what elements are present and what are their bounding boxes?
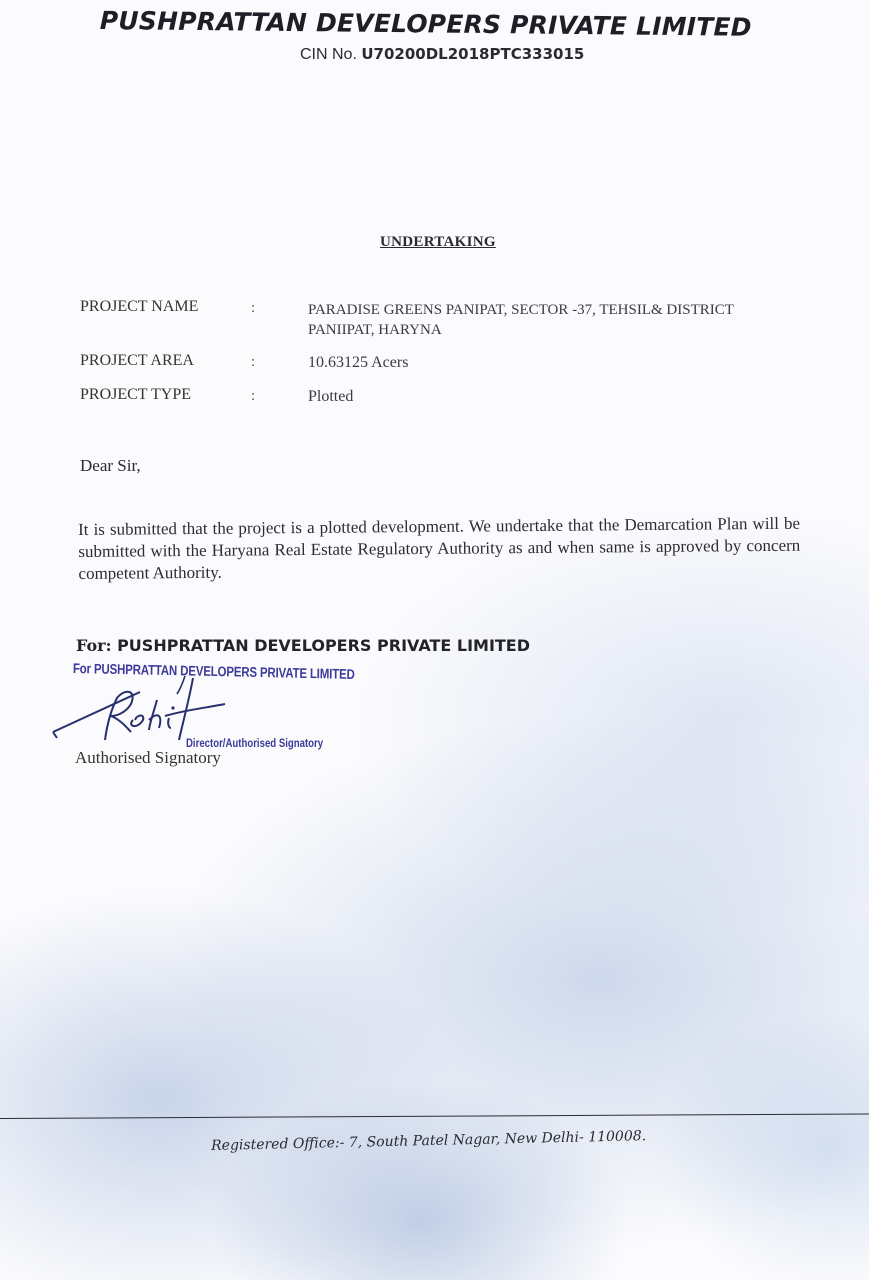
field-separator: :: [251, 388, 255, 405]
field-label-project-name: PROJECT NAME: [80, 298, 198, 316]
authorised-signatory-label: Authorised Signatory: [75, 748, 221, 768]
field-value-project-name-line1: PARADISE GREENS PANIPAT, SECTOR -37, TEH…: [308, 302, 734, 319]
for-prefix: For:: [76, 636, 112, 655]
registered-office: Registered Office:- 7, South Patel Nagar…: [211, 1128, 646, 1154]
field-label-project-area: PROJECT AREA: [80, 352, 194, 370]
field-value-project-type: Plotted: [308, 388, 353, 406]
cin-line: CIN No. U70200DL2018PTC333015: [300, 45, 584, 64]
document-title: UNDERTAKING: [380, 234, 496, 251]
for-company-line: For: PUSHPRATTAN DEVELOPERS PRIVATE LIMI…: [76, 636, 530, 655]
field-value-project-area: 10.63125 Acers: [308, 354, 408, 372]
for-company: PUSHPRATTAN DEVELOPERS PRIVATE LIMITED: [117, 636, 530, 655]
body-paragraph: It is submitted that the project is a pl…: [78, 513, 801, 585]
field-value-project-name-line2: PANIIPAT, HARYNA: [308, 322, 442, 339]
field-label-project-type: PROJECT TYPE: [80, 386, 191, 404]
field-separator: :: [251, 300, 255, 317]
field-separator: :: [251, 354, 255, 371]
cin-label: CIN No.: [300, 46, 357, 63]
company-name: PUSHPRATTAN DEVELOPERS PRIVATE LIMITED: [100, 6, 800, 42]
cin-number: U70200DL2018PTC333015: [361, 45, 584, 63]
stamp-designation: Director/Authorised Signatory: [186, 736, 323, 750]
salutation: Dear Sir,: [80, 456, 141, 476]
footer-divider: [0, 1113, 869, 1119]
